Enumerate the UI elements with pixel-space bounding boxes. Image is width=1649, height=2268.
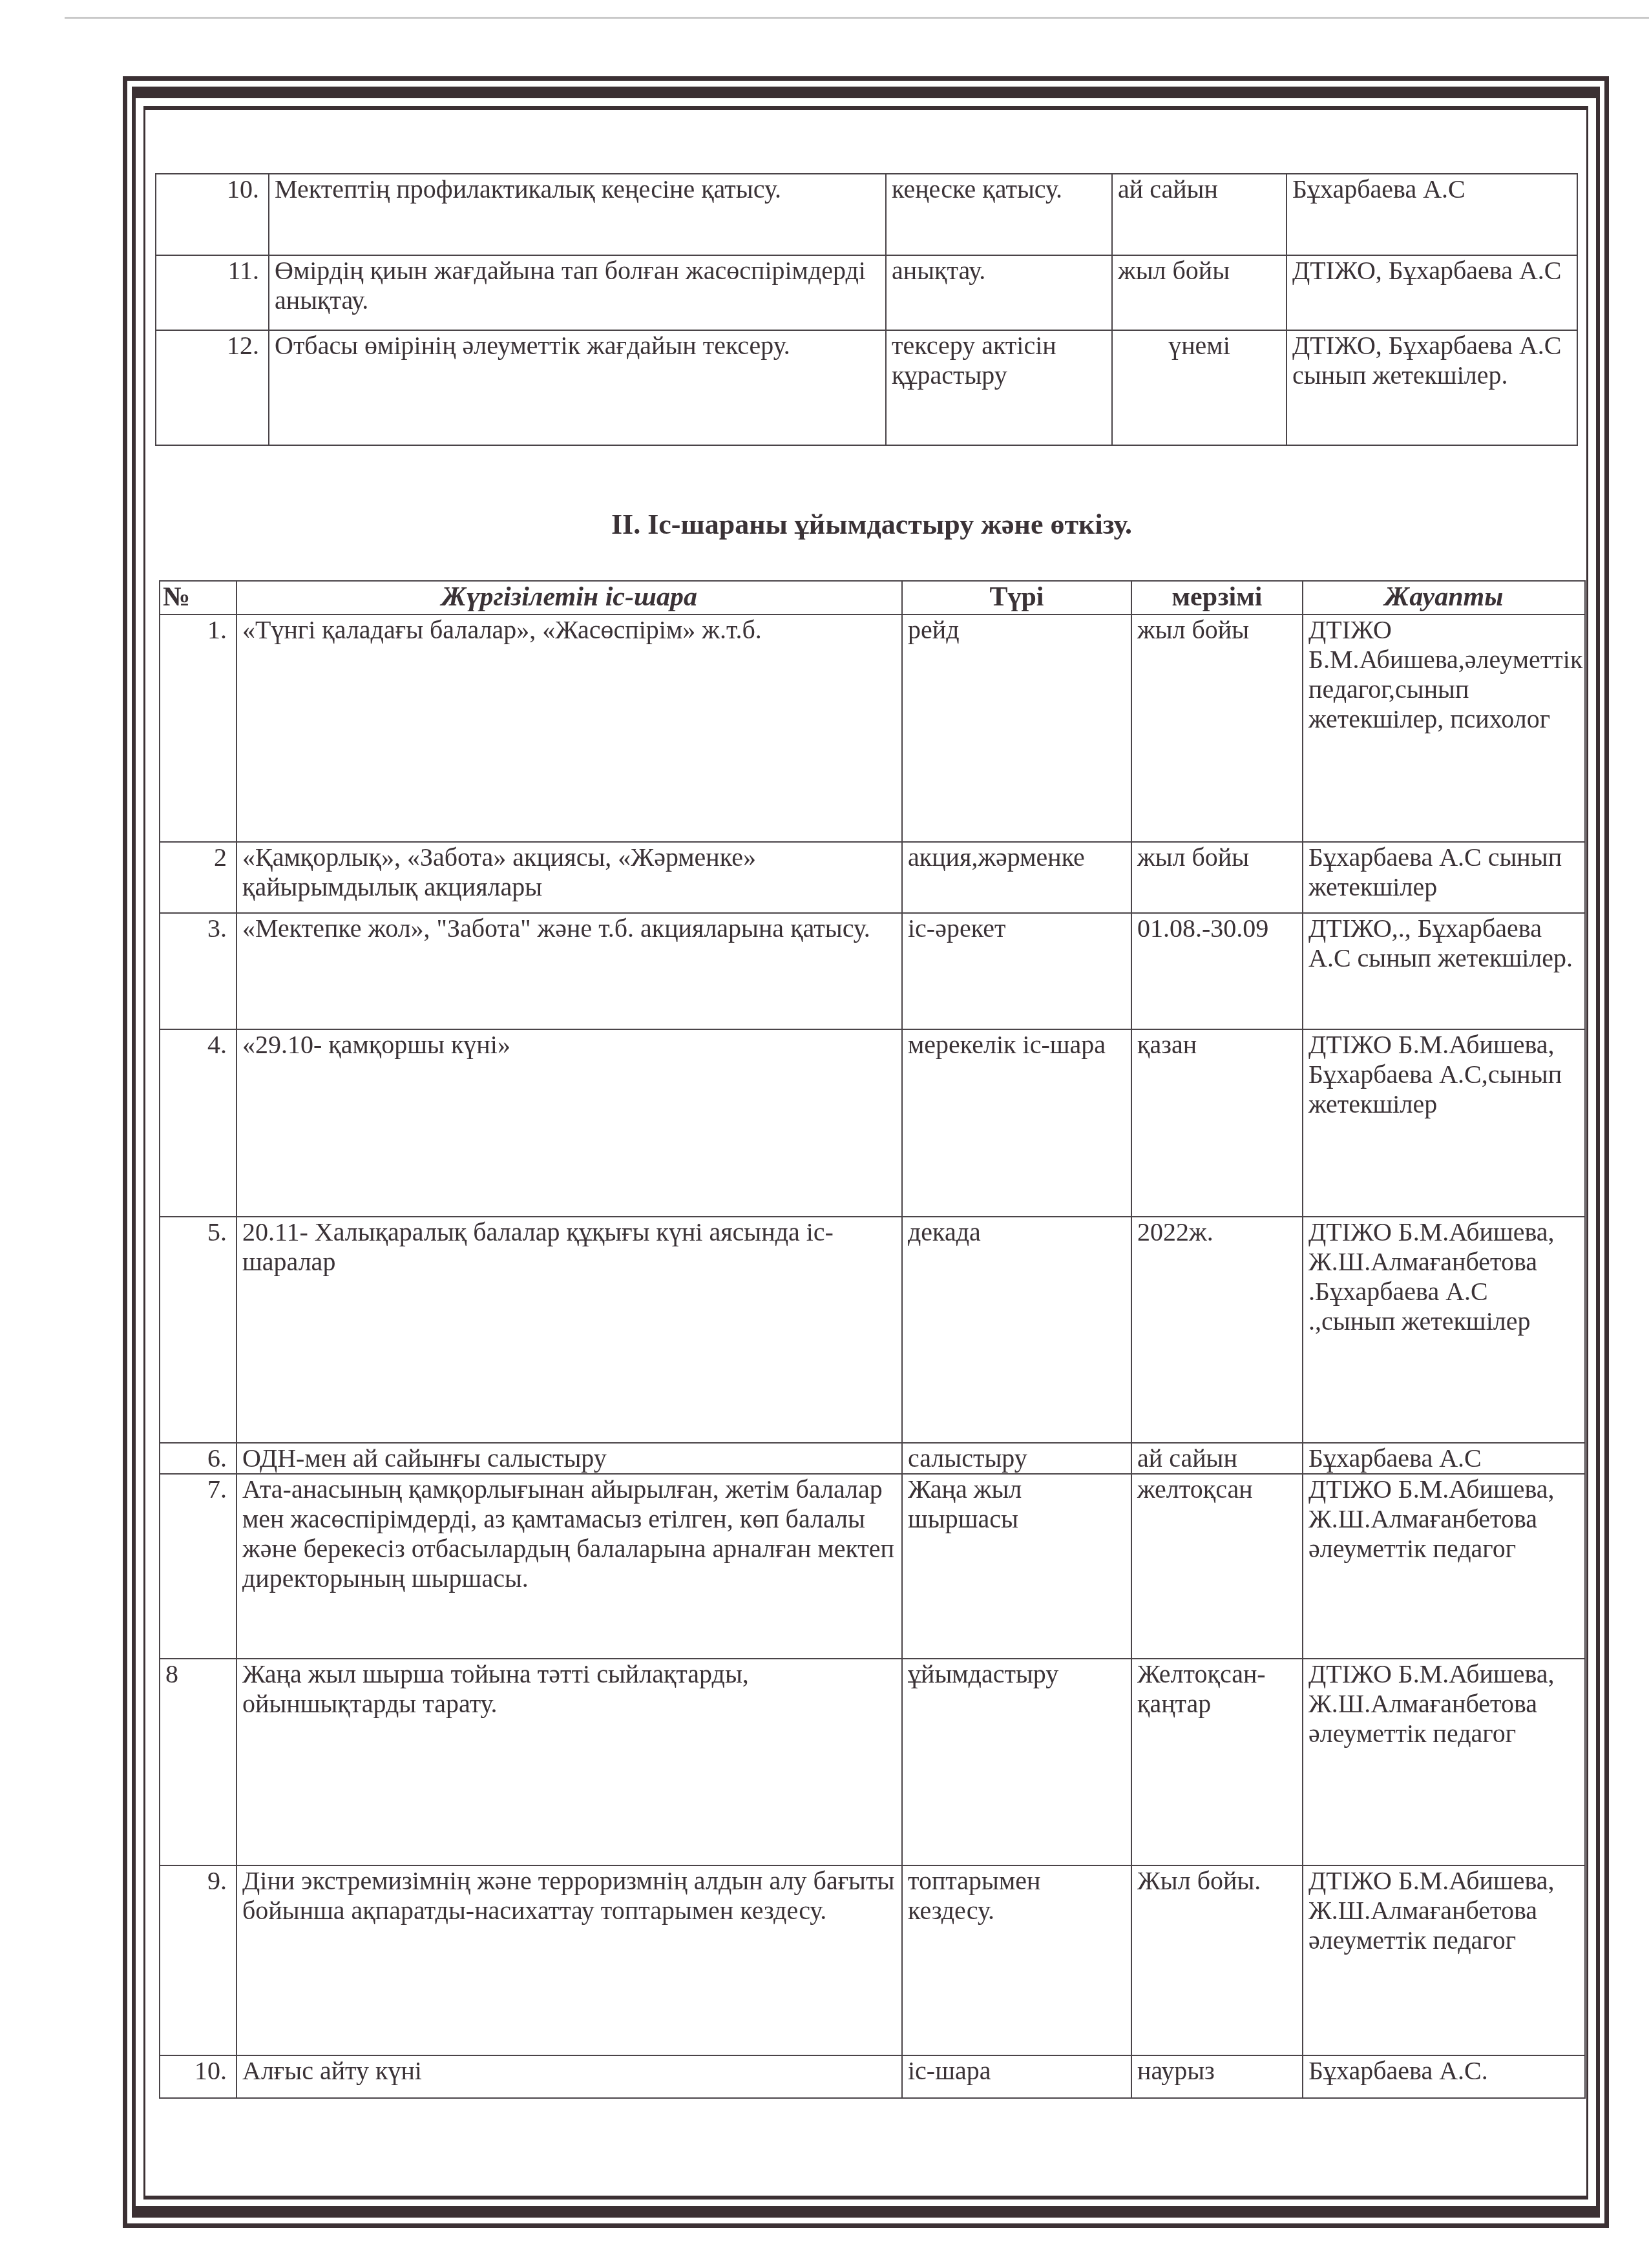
term-cell: 2022ж. [1131,1217,1303,1443]
event-cell: Ата-анасының қамқорлығынан айырылған, же… [236,1474,902,1659]
type-cell: топтарымен кездесу. [902,1865,1131,2055]
responsible-cell: ДТІЖО,., Бұхарбаева А.С сынып жетекшілер… [1303,913,1585,1029]
responsible-cell: ДТІЖО, Бұхарбаева А.С сынып жетекшілер. [1287,330,1577,445]
plan-table-continued: 10. Мектептің профилактикалық кеңесіне қ… [155,173,1578,446]
row-number: 11. [156,255,269,330]
table-row: 7. Ата-анасының қамқорлығынан айырылған,… [160,1474,1585,1659]
table-row: 10. Мектептің профилактикалық кеңесіне қ… [156,174,1577,255]
type-cell: мерекелік іс-шара [902,1029,1131,1217]
term-cell: Жыл бойы. [1131,1865,1303,2055]
term-cell: наурыз [1131,2055,1303,2098]
table-row: 3. «Мектепке жол», "Забота" және т.б. ак… [160,913,1585,1029]
type-cell: декада [902,1217,1131,1443]
responsible-cell: ДТІЖО Б.М.Абишева,әлеуметтік педагог,сын… [1303,614,1585,842]
term-cell: ай сайын [1112,174,1287,255]
row-number: 9. [160,1865,236,2055]
term-cell: желтоқсан [1131,1474,1303,1659]
term-cell: қазан [1131,1029,1303,1217]
row-number: 2 [160,842,236,913]
events-table: № Жүргізілетін іс-шара Түрі мерзімі Жауа… [159,580,1586,2099]
term-cell: жыл бойы [1131,842,1303,913]
section-title: ІІ. Іс-шараны ұйымдастыру және өткізу. [159,508,1584,541]
term-cell: Желтоқсан-қаңтар [1131,1659,1303,1865]
responsible-cell: ДТІЖО Б.М.Абишева, Бұхарбаева А.С,сынып … [1303,1029,1585,1217]
row-number: 7. [160,1474,236,1659]
table-row: 11. Өмірдің қиын жағдайына тап болған жа… [156,255,1577,330]
table-header-row: № Жүргізілетін іс-шара Түрі мерзімі Жауа… [160,581,1585,614]
term-cell: 01.08.-30.09 [1131,913,1303,1029]
table-row: 10. Алғыс айту күні іс-шара наурыз Бұхар… [160,2055,1585,2098]
responsible-cell: ДТІЖО Б.М.Абишева, Ж.Ш.Алмағанбетова әле… [1303,1474,1585,1659]
type-cell: анықтау. [886,255,1112,330]
event-cell: «Мектепке жол», "Забота" және т.б. акция… [236,913,902,1029]
table-row: 6. ОДН-мен ай сайынғы салыстыру салыстыр… [160,1443,1585,1474]
type-cell: Жаңа жыл шыршасы [902,1474,1131,1659]
event-cell: ОДН-мен ай сайынғы салыстыру [236,1443,902,1474]
row-number: 3. [160,913,236,1029]
type-cell: салыстыру [902,1443,1131,1474]
scan-edge-line [65,17,1649,19]
event-cell: Алғыс айту күні [236,2055,902,2098]
term-cell: үнемі [1112,330,1287,445]
type-cell: кеңеске қатысу. [886,174,1112,255]
row-number: 1. [160,614,236,842]
type-cell: ұйымдастыру [902,1659,1131,1865]
header-responsible: Жауапты [1303,581,1585,614]
row-number: 6. [160,1443,236,1474]
event-cell: «Түнгі қаладағы балалар», «Жасөспірім» ж… [236,614,902,842]
event-cell: Діни экстремизімнің және терроризмнің ал… [236,1865,902,2055]
row-number: 10. [160,2055,236,2098]
table-row: 12. Отбасы өмірінің әлеуметтік жағдайын … [156,330,1577,445]
row-number: 12. [156,330,269,445]
responsible-cell: Бұхарбаева А.С [1303,1443,1585,1474]
term-cell: жыл бойы [1131,614,1303,842]
term-cell: ай сайын [1131,1443,1303,1474]
responsible-cell: Бұхарбаева А.С сынып жетекшілер [1303,842,1585,913]
event-cell: «Қамқорлық», «Забота» акциясы, «Жәрменке… [236,842,902,913]
event-cell: 20.11- Халықаралық балалар құқығы күні а… [236,1217,902,1443]
event-cell: Мектептің профилактикалық кеңесіне қатыс… [269,174,886,255]
row-number: 10. [156,174,269,255]
type-cell: тексеру актісін құрастыру [886,330,1112,445]
table-row: 8 Жаңа жыл шырша тойына тәтті сыйлақтард… [160,1659,1585,1865]
row-number: 5. [160,1217,236,1443]
header-term: мерзімі [1131,581,1303,614]
type-cell: рейд [902,614,1131,842]
table-row: 4. «29.10- қамқоршы күні» мерекелік іс-ш… [160,1029,1585,1217]
event-cell: Отбасы өмірінің әлеуметтік жағдайын текс… [269,330,886,445]
table-row: 9. Діни экстремизімнің және терроризмнің… [160,1865,1585,2055]
event-cell: Өмірдің қиын жағдайына тап болған жасөсп… [269,255,886,330]
type-cell: акция,жәрменке [902,842,1131,913]
header-event: Жүргізілетін іс-шара [236,581,902,614]
row-number: 8 [160,1659,236,1865]
responsible-cell: Бұхарбаева А.С [1287,174,1577,255]
table-row: 5. 20.11- Халықаралық балалар құқығы күн… [160,1217,1585,1443]
type-cell: іс-шара [902,2055,1131,2098]
term-cell: жыл бойы [1112,255,1287,330]
header-type: Түрі [902,581,1131,614]
event-cell: Жаңа жыл шырша тойына тәтті сыйлақтарды,… [236,1659,902,1865]
table-row: 2 «Қамқорлық», «Забота» акциясы, «Жәрмен… [160,842,1585,913]
responsible-cell: ДТІЖО Б.М.Абишева, Ж.Ш.Алмағанбетова әле… [1303,1659,1585,1865]
row-number: 4. [160,1029,236,1217]
type-cell: іс-әрекет [902,913,1131,1029]
responsible-cell: ДТІЖО Б.М.Абишева, Ж.Ш.Алмағанбетова .Бұ… [1303,1217,1585,1443]
responsible-cell: ДТІЖО Б.М.Абишева, Ж.Ш.Алмағанбетова әле… [1303,1865,1585,2055]
header-number: № [160,581,236,614]
event-cell: «29.10- қамқоршы күні» [236,1029,902,1217]
responsible-cell: ДТІЖО, Бұхарбаева А.С [1287,255,1577,330]
responsible-cell: Бұхарбаева А.С. [1303,2055,1585,2098]
table-row: 1. «Түнгі қаладағы балалар», «Жасөспірім… [160,614,1585,842]
